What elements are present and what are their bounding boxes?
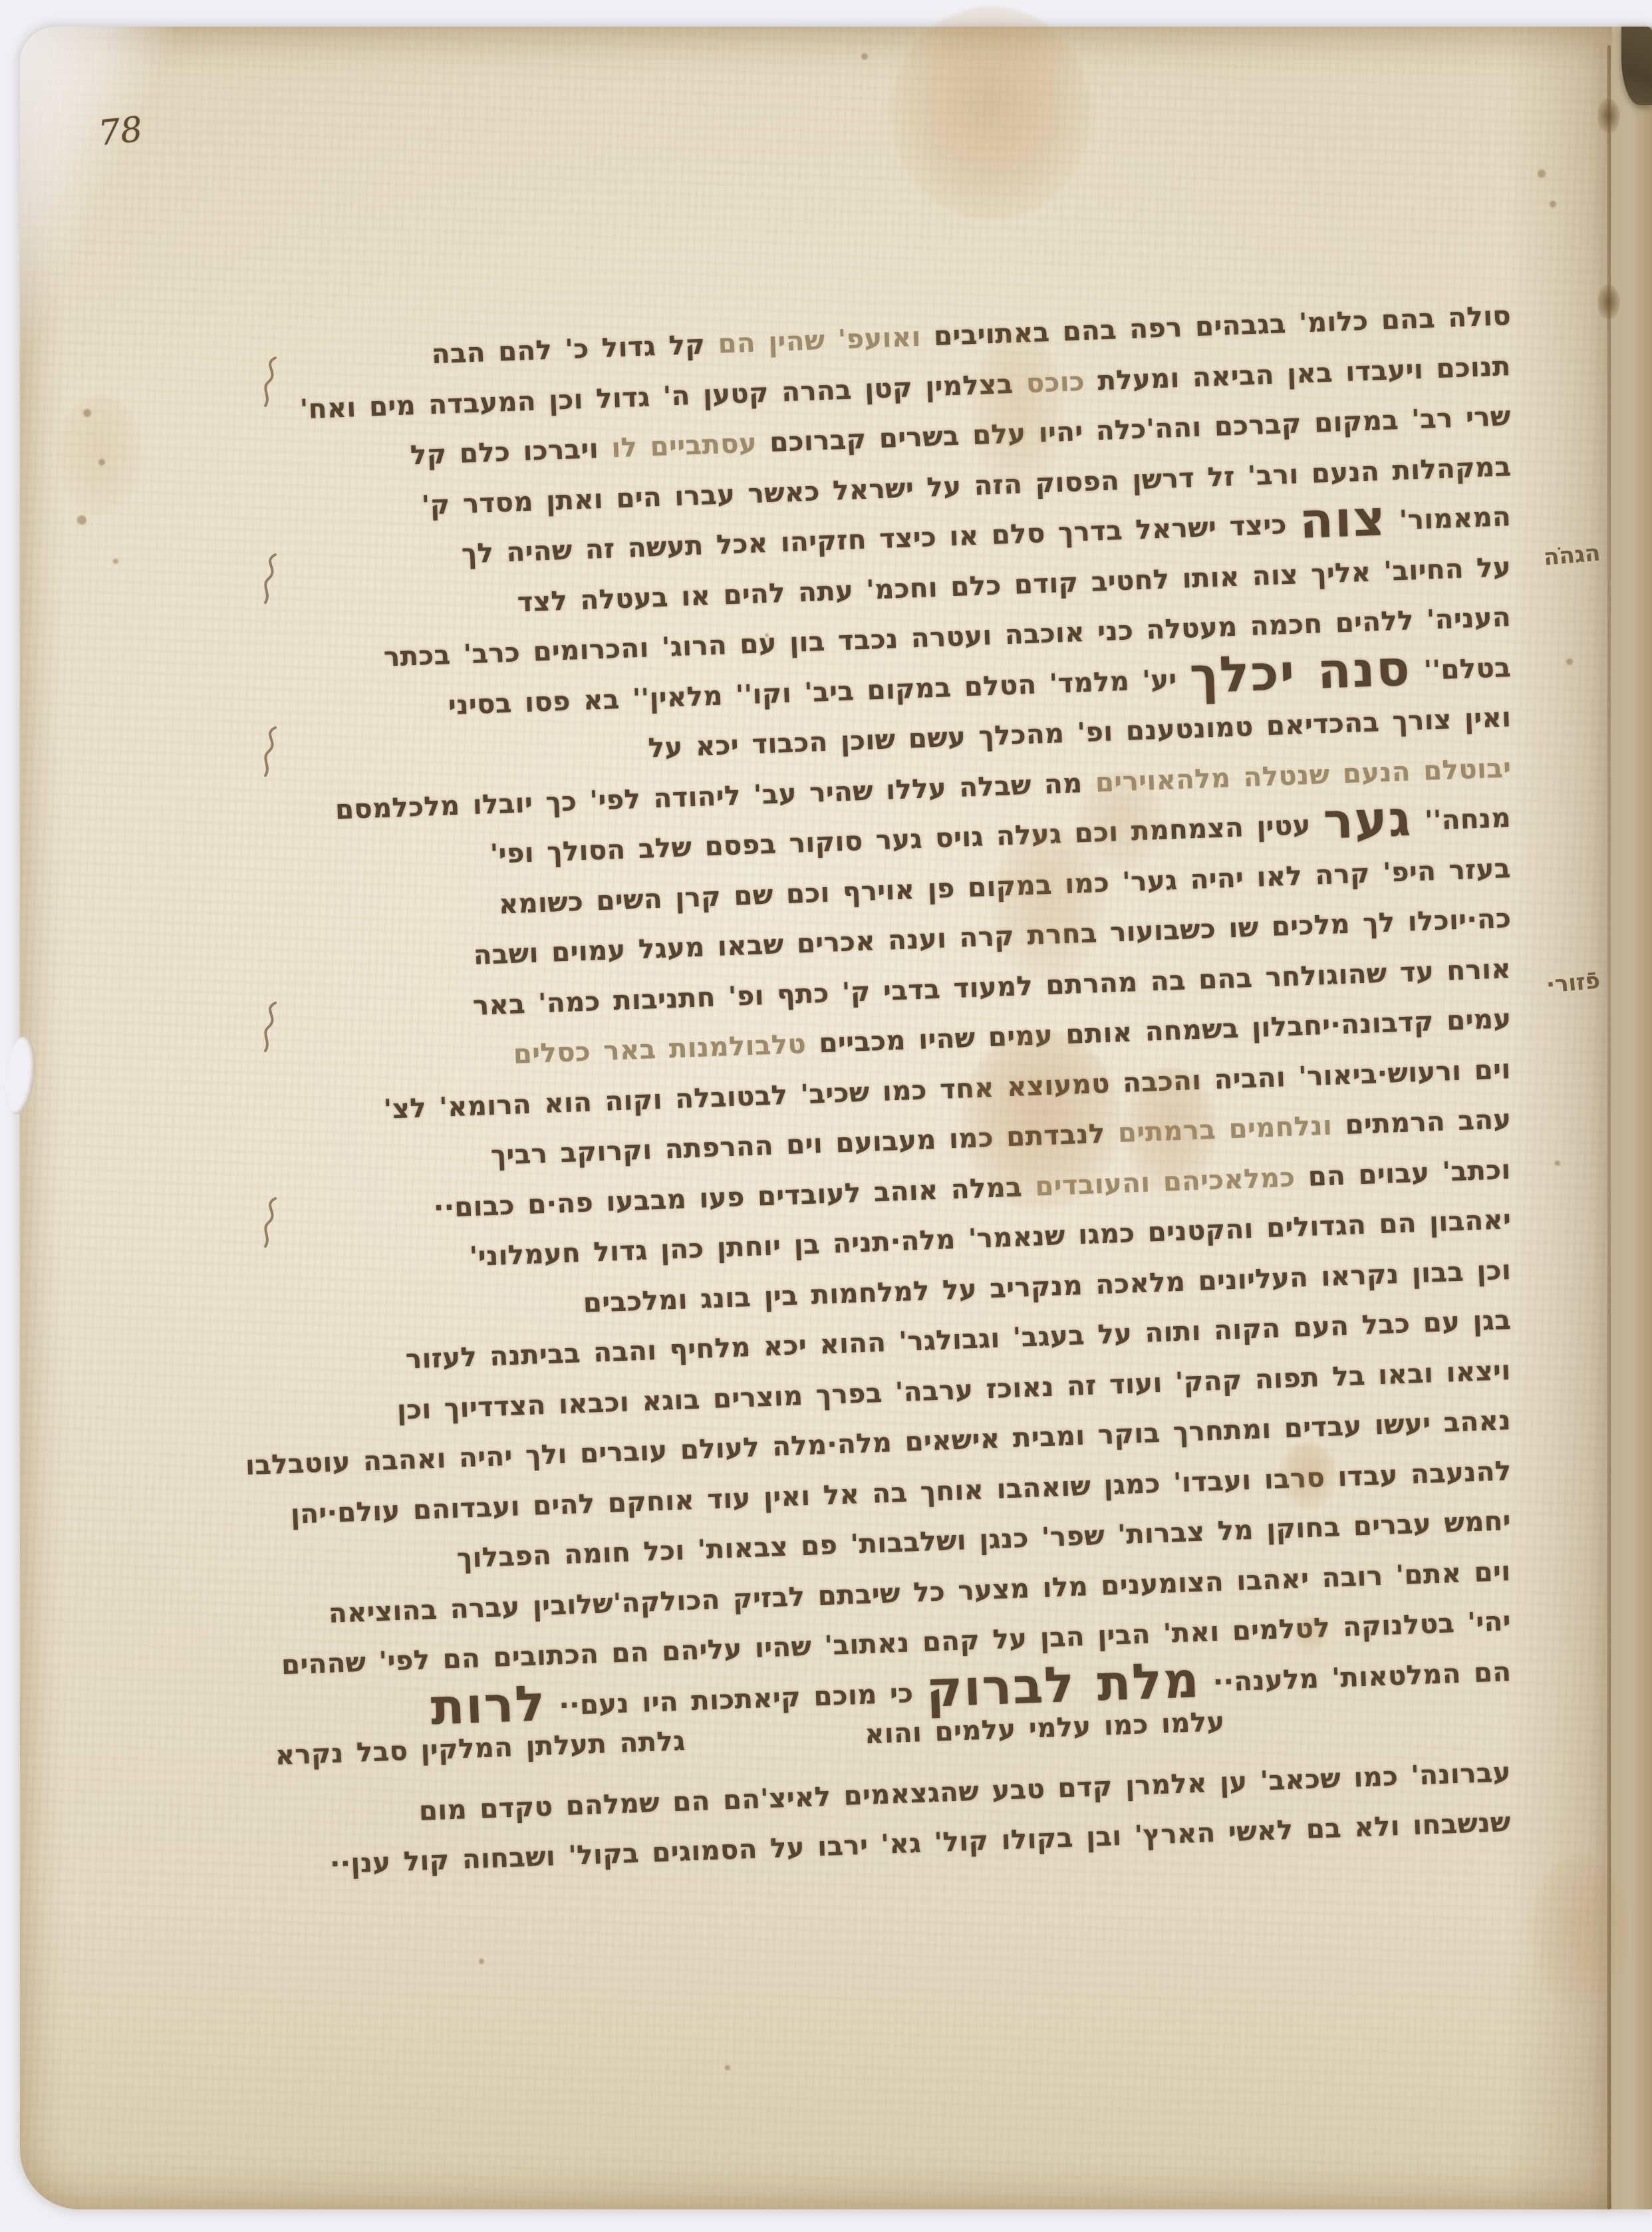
- text-segment: שרי רב' במקום קברכם והה'כלה יהיו עלם בשר…: [756, 401, 1511, 459]
- foxing-spot: [1555, 1161, 1560, 1166]
- text-segment: סולה בהם כלומ' בגבהים רפה בהם באתויבים: [920, 301, 1512, 352]
- emphasized-word: גער: [1323, 790, 1413, 851]
- text-segment: ואין צורך בהכדיאם טמונטענם ופ' מהכלך עשם…: [648, 702, 1512, 764]
- text-segment: כי מוכם קיאתכות היו נעם··: [545, 1677, 926, 1721]
- foxing-spot: [1550, 201, 1556, 208]
- foxing-spot: [1566, 658, 1573, 665]
- foxing-spot: [1538, 170, 1546, 178]
- text-line: וכן בבון נקראו העליונים מלאכה מנקריב על …: [583, 1255, 1512, 1319]
- emphasized-word: לרות: [430, 1675, 547, 1736]
- text-segment: עטין הצמחמת וכם געלה גויס גער סוקור בפסם…: [489, 809, 1324, 870]
- text-segment: כוכס: [1013, 366, 1085, 399]
- text-segment: גלתה תעלתן המלקין סבל נקרא: [275, 1726, 686, 1771]
- text-segment: עסתביים לו: [598, 428, 757, 464]
- edge-notch: [1, 1035, 39, 1116]
- text-segment: עמים קדבונה·יחבלון בשמחה אותם עמים שהיו …: [805, 1004, 1512, 1059]
- text-segment: המאמור': [1386, 501, 1512, 537]
- text-segment: בטלם'': [1411, 652, 1512, 686]
- text-segment: לנבדתם כמו מעבועם וים ההרפתה וקרוקב רביך: [490, 1119, 1105, 1171]
- text-segment: עהב הרמתים: [1331, 1104, 1512, 1141]
- text-segment: טלבולמנות באר כסלים: [513, 1029, 807, 1070]
- text-segment: תנוכם ויעבדו באן הביאה ומעלת: [1085, 351, 1512, 397]
- emphasized-word: סנה יכלך: [1188, 639, 1412, 704]
- text-segment: במלה אוהב לעובדים פעו מבבעו פה·ם כבום··: [434, 1172, 1024, 1224]
- stitch: [1597, 285, 1620, 319]
- foxing-spot: [83, 409, 91, 417]
- text-segment: עלמו כמו עלמי עלמים והוא: [865, 1707, 1226, 1750]
- emphasized-word: צוה: [1298, 489, 1387, 550]
- margin-squiggle-mark: [254, 354, 285, 411]
- margin-squiggle-mark: [254, 551, 285, 608]
- marginal-note: הגהֹה: [1542, 539, 1601, 571]
- conjoint-leaf: [1612, 27, 1652, 2209]
- text-segment: יע' מלמד' הטלם במקום ביב' וקו'' מלאין'' …: [448, 664, 1190, 721]
- text-segment: ונלחמים ברמתים: [1104, 1111, 1332, 1149]
- text-segment: כיצד ישראל בדרך סלם או כיצד חזקיהו אכל ת…: [461, 509, 1300, 569]
- text-segment: ואועפ' שהין הם: [704, 322, 921, 360]
- folio-number: 78: [96, 110, 144, 154]
- text-segment: מה שבלה עללו שהיר עב' ליהודה לפי' כך יוב…: [335, 768, 1083, 825]
- text-segment: הם המלטאות' מלענה··: [1199, 1657, 1511, 1699]
- emphasized-word: מלת לברוק: [925, 1651, 1201, 1719]
- foxing-spot: [113, 559, 118, 564]
- stain: [57, 396, 143, 515]
- text-segment: וכן בבון נקראו העליונים מלאכה מנקריב על …: [583, 1255, 1512, 1319]
- text-segment: בצלמין קטן בהרה קטען ה' גדול וכן המעבדה …: [300, 368, 1014, 424]
- text-segment: [686, 1743, 865, 1750]
- torn-corner: [20, 27, 173, 439]
- marginal-note: פֿזור·: [1545, 968, 1601, 999]
- text-block: סולה בהם כלומ' בגבהים רפה בהם באתויבים ו…: [253, 27, 1511, 2209]
- margin-squiggle-mark: [254, 724, 285, 781]
- foxing-spot: [77, 515, 86, 525]
- manuscript-photo: { "page": { "folio_number": "78", "kind"…: [0, 0, 1652, 2232]
- text-segment: ויברכו כלם קל: [410, 434, 600, 471]
- stitch: [1597, 98, 1620, 133]
- text-segment: כמלאכיהם והעובדים: [1022, 1162, 1296, 1202]
- text-line: עלמו כמו עלמי עלמים והואגלתה תעלתן המלקי…: [275, 1707, 1226, 1771]
- foxing-spot: [98, 459, 105, 466]
- manuscript-page: 78 סולה בהם כלומ' בגבהים רפה בהם באתויבי…: [20, 27, 1652, 2209]
- text-line: ואין צורך בהכדיאם טמונטענם ופ' מהכלך עשם…: [648, 702, 1512, 764]
- margin-squiggle-mark: [254, 999, 285, 1056]
- text-segment: קל גדול כ' להם הבה: [431, 329, 706, 370]
- text-segment: יבוטלם הנעם שנטלה מלהאוירים: [1081, 753, 1511, 799]
- margin-squiggle-mark: [254, 1194, 285, 1252]
- text-segment: מנחה'': [1411, 803, 1512, 837]
- text-segment: וכתב' עבוים הם: [1295, 1155, 1512, 1193]
- gutter-crease: [1607, 45, 1611, 2209]
